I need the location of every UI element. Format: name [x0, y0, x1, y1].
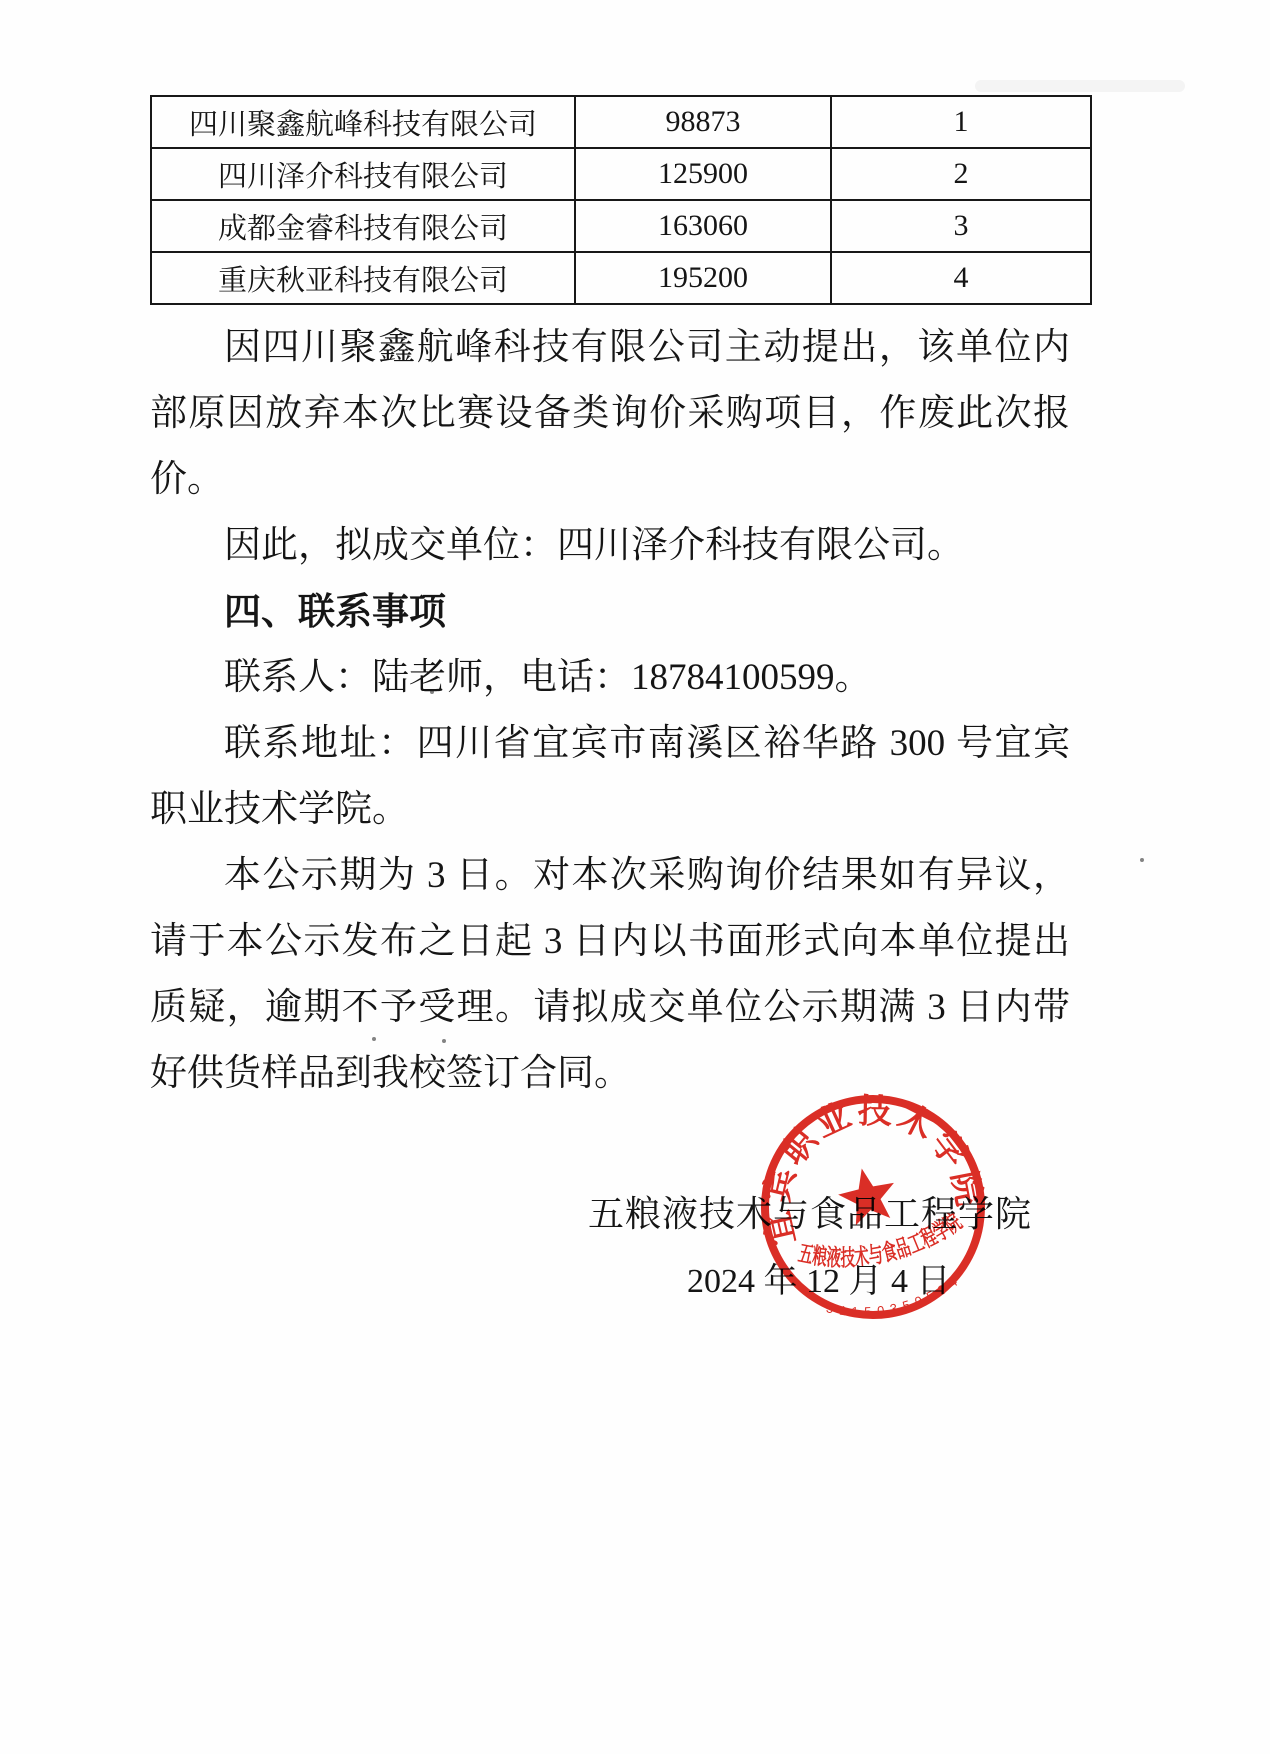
table-row: 成都金睿科技有限公司 163060 3: [151, 200, 1091, 252]
quote-table: 四川聚鑫航峰科技有限公司 98873 1 四川泽介科技有限公司 125900 2…: [150, 95, 1092, 305]
company-cell: 四川泽介科技有限公司: [151, 148, 575, 200]
table-row: 四川聚鑫航峰科技有限公司 98873 1: [151, 96, 1091, 148]
paragraph-contact-address: 联系地址：四川省宜宾市南溪区裕华路 300 号宜宾职业技术学院。: [150, 711, 1070, 843]
rank-cell: 4: [831, 252, 1091, 304]
price-cell: 98873: [575, 96, 831, 148]
section-heading-contact: 四、联系事项: [150, 579, 1070, 645]
paragraph-notice-period: 本公示期为 3 日。对本次采购询价结果如有异议，请于本公示发布之日起 3 日内以…: [150, 843, 1070, 1107]
signature-date: 2024 年 12 月 4 日: [687, 1253, 951, 1302]
table-row: 重庆秋亚科技有限公司 195200 4: [151, 252, 1091, 304]
rank-cell: 2: [831, 148, 1091, 200]
price-cell: 125900: [575, 148, 831, 200]
paragraph-awardee: 因此，拟成交单位：四川泽介科技有限公司。: [150, 513, 1070, 579]
company-cell: 重庆秋亚科技有限公司: [151, 252, 575, 304]
scan-speck: [1140, 858, 1144, 862]
scan-speck: [430, 690, 434, 694]
paragraph-withdrawal: 因四川聚鑫航峰科技有限公司主动提出，该单位内部原因放弃本次比赛设备类询价采购项目…: [150, 315, 1070, 513]
company-cell: 成都金睿科技有限公司: [151, 200, 575, 252]
company-cell: 四川聚鑫航峰科技有限公司: [151, 96, 575, 148]
table-row: 四川泽介科技有限公司 125900 2: [151, 148, 1091, 200]
scan-speck: [372, 1037, 376, 1041]
signature-org: 五粮液技术与食品工程学院: [588, 1186, 1032, 1237]
price-cell: 163060: [575, 200, 831, 252]
price-cell: 195200: [575, 252, 831, 304]
paragraph-contact-person: 联系人：陆老师，电话：18784100599。: [150, 645, 1070, 711]
document-body: 因四川聚鑫航峰科技有限公司主动提出，该单位内部原因放弃本次比赛设备类询价采购项目…: [150, 315, 1070, 1107]
scan-smudge: [975, 80, 1185, 92]
document-page: 四川聚鑫航峰科技有限公司 98873 1 四川泽介科技有限公司 125900 2…: [0, 0, 1270, 1754]
rank-cell: 1: [831, 96, 1091, 148]
rank-cell: 3: [831, 200, 1091, 252]
scan-speck: [442, 1039, 446, 1043]
